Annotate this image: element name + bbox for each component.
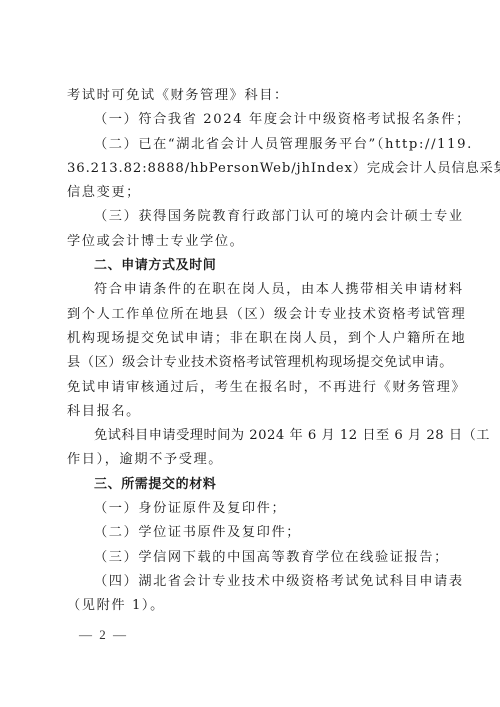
section-heading-materials: 三、所需提交的材料 — [67, 473, 439, 497]
material-item-2: （二）学位证书原件及复印件； — [67, 521, 439, 545]
condition-3-line-2: 学位或会计博士专业学位。 — [67, 230, 439, 254]
time-para-line-1: 免试科目申请受理时间为 2024 年 6 月 12 日至 6 月 28 日（工 — [67, 424, 439, 448]
application-para-line-5: 免试申请审核通过后，考生在报名时，不再进行《财务管理》 — [67, 376, 439, 400]
material-item-4-line-2: （见附件 1）。 — [67, 594, 439, 618]
application-para-line-6: 科目报名。 — [67, 400, 439, 424]
time-para-line-2: 作日），逾期不予受理。 — [67, 448, 439, 472]
application-para-line-4: 县（区）级会计专业技术资格考试管理机构现场提交免试申请。 — [67, 351, 439, 375]
material-item-3: （三）学信网下载的中国高等教育学位在线验证报告； — [67, 546, 439, 570]
section-heading-application-method: 二、申请方式及时间 — [67, 254, 439, 278]
application-para-line-2: 到个人工作单位所在地县（区）级会计专业技术资格考试管理 — [67, 303, 439, 327]
material-item-1: （一）身份证原件及复印件； — [67, 497, 439, 521]
application-para-line-3: 机构现场提交免试申请；非在职在岗人员，到个人户籍所在地 — [67, 327, 439, 351]
condition-1: （一）符合我省 2024 年度会计中级资格考试报名条件； — [67, 108, 439, 132]
condition-2-line-3: 信息变更； — [67, 181, 439, 205]
text-line-exemption-intro: 考试时可免试《财务管理》科目： — [67, 84, 439, 108]
page-number: — 2 — — [79, 627, 128, 643]
condition-2-line-1: （二）已在“湖北省会计人员管理服务平台”（http://119. — [67, 133, 439, 157]
application-para-line-1: 符合申请条件的在职在岗人员，由本人携带相关申请材料 — [67, 278, 439, 302]
condition-2-line-2: 36.213.82:8888/hbPersonWeb/jhIndex）完成会计人… — [67, 157, 439, 181]
document-page: 考试时可免试《财务管理》科目： （一）符合我省 2024 年度会计中级资格考试报… — [67, 84, 439, 619]
condition-3-line-1: （三）获得国务院教育行政部门认可的境内会计硕士专业 — [67, 205, 439, 229]
material-item-4-line-1: （四）湖北省会计专业技术中级资格考试免试科目申请表 — [67, 570, 439, 594]
